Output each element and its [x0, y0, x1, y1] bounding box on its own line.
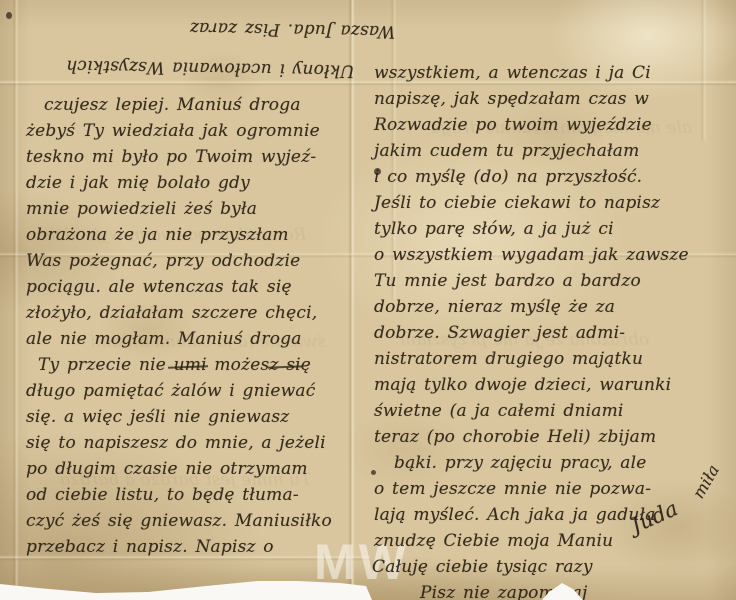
handwriting-line: długo pamiętać żalów i gniewać — [26, 378, 332, 404]
handwriting-line: Całuję ciebie tysiąc razy — [372, 554, 689, 580]
handwriting-line: od ciebie listu, to będę tłuma- — [26, 482, 332, 508]
handwriting-line: złożyło, działałam szczere chęci, — [26, 300, 332, 326]
handwriting-line: wszystkiem, a wtenczas i ja Ci — [374, 60, 689, 86]
handwriting-line: o tem jeszcze mnie nie pozwa- — [374, 476, 689, 502]
handwriting-line: czyć żeś się gniewasz. Maniusiłko — [26, 508, 332, 534]
handwriting-line: dzie i jak mię bolało gdy — [26, 170, 332, 196]
handwriting-line: czujesz lepiej. Maniuś droga — [44, 92, 332, 118]
handwriting-line: żebyś Ty wiedziała jak ogromnie — [26, 118, 332, 144]
handwriting-line: ale nie mogłam. Maniuś droga — [26, 326, 332, 352]
handwriting-line: teskno mi było po Twoim wyjeź- — [26, 144, 332, 170]
letter-paper: MW Ukłony i ucałowania Wszystkich Wasza … — [0, 0, 736, 600]
handwriting-line: się. a więc jeśli nie gniewasz — [26, 404, 332, 430]
corner-fold-crease — [700, 0, 707, 140]
handwriting-line: o wszystkiem wygadam jak zawsze — [374, 242, 689, 268]
corner-note: miła — [689, 461, 723, 502]
handwriting-line: po długim czasie nie otrzymam — [26, 456, 332, 482]
handwriting-line: teraz (po chorobie Heli) zbijam — [374, 424, 689, 450]
handwriting-line: nistratorem drugiego majątku — [374, 346, 689, 372]
left-edge-fold-crease — [12, 0, 19, 600]
inverted-closing-block: Ukłony i ucałowania Wszystkich Wasza Jud… — [0, 1, 401, 92]
handwriting-line: pociągu. ale wtenczas tak się — [26, 274, 332, 300]
handwriting-line: dobrze, nieraz myślę że za — [374, 294, 689, 320]
handwriting-line: Rozwadzie po twoim wyjeździe — [374, 112, 689, 138]
handwriting-line: bąki. przy zajęciu pracy, ale — [394, 450, 689, 476]
handwriting-line: Tu mnie jest bardzo a bardzo — [374, 268, 689, 294]
handwriting-line: Jeśli to ciebie ciekawi to napisz — [374, 190, 689, 216]
inverted-closing-line: Wasza Juda. Pisz zaraz — [0, 5, 396, 52]
handwriting-line: obrażona że ja nie przyszłam — [26, 222, 332, 248]
handwriting-line: i co myślę (do) na przyszłość. — [374, 164, 689, 190]
handwriting-line: świetne (a ja całemi dniami — [374, 398, 689, 424]
handwriting-line: mają tylko dwoje dzieci, warunki — [374, 372, 689, 398]
handwriting-line: tylko parę słów, a ja już ci — [374, 216, 689, 242]
inverted-closing-line: Ukłony i ucałowania Wszystkich — [0, 45, 355, 91]
handwriting-line: napiszę, jak spędzałam czas w — [374, 86, 689, 112]
handwriting-line: mnie powiedzieli żeś była — [26, 196, 332, 222]
scanned-letter: MW Ukłony i ucałowania Wszystkich Wasza … — [0, 0, 736, 600]
left-text-column: czujesz lepiej. Maniuś drogażebyś Ty wie… — [26, 92, 332, 560]
handwriting-line: przebacz i napisz. Napisz o — [26, 534, 332, 560]
handwriting-line: Was pożegnać, przy odchodzie — [26, 248, 332, 274]
handwriting-line: się to napiszesz do mnie, a jeżeli — [26, 430, 332, 456]
handwriting-line: dobrze. Szwagier jest admi- — [374, 320, 689, 346]
handwriting-line: Pisz nie zapominaj — [420, 580, 689, 600]
handwriting-line: jakim cudem tu przyjechałam — [374, 138, 689, 164]
